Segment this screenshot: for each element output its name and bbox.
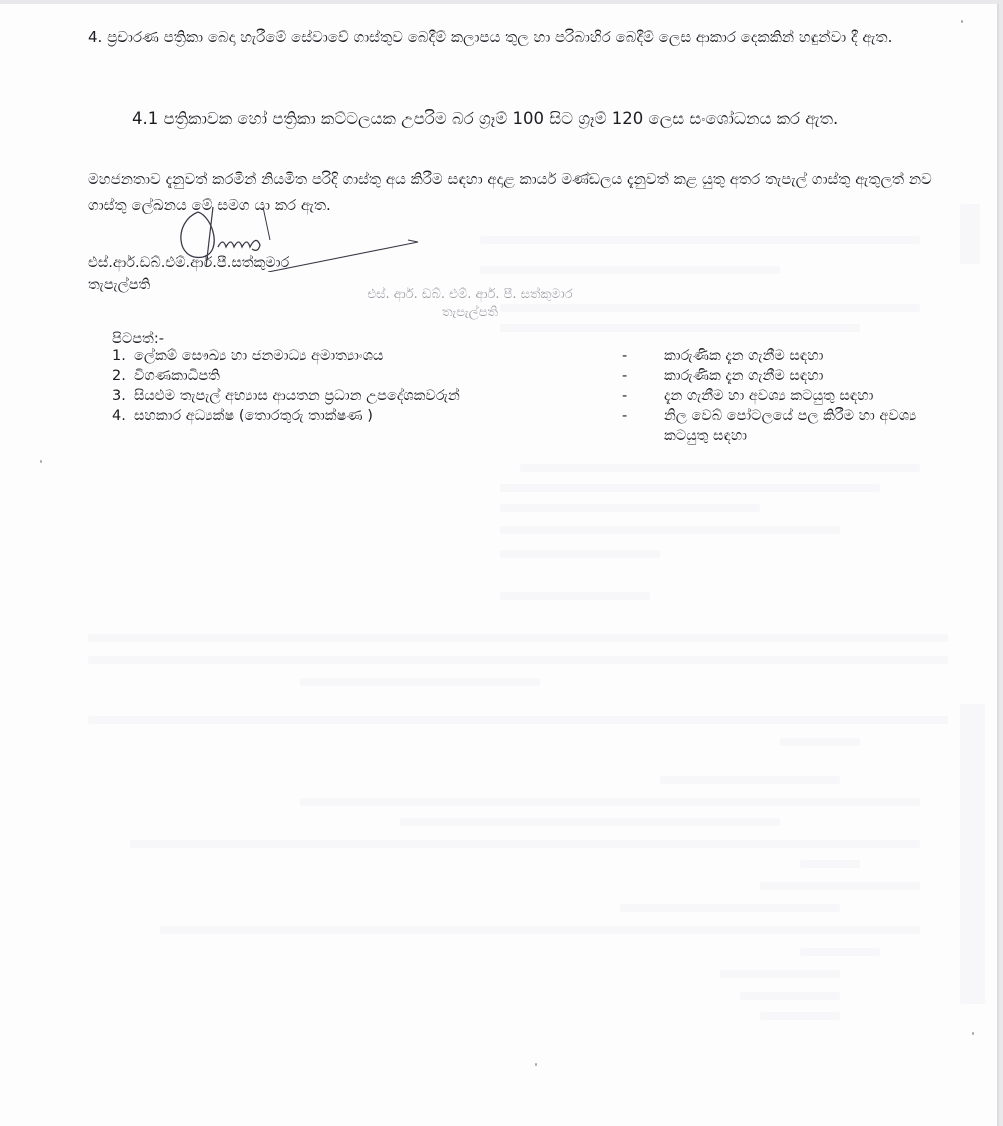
copy-purpose: කාරුණික දැන ගැනීම සඳහා — [664, 346, 964, 366]
paragraph-4-1: 4.1 පත්‍රිකාවක හෝ පත්‍රිකා කට්ටලයක උපරිම… — [132, 106, 992, 132]
official-stamp: එස්. ආර්. ඩබ්. එම්. ආර්. පී. සත්කුමාර තැ… — [305, 286, 635, 322]
stamp-name: එස්. ආර්. ඩබ්. එම්. ආර්. පී. සත්කුමාර — [305, 286, 635, 304]
signer-block: එස්.ආර්.ඩබ්.එම්.ආර්.පී.සත්කුමාර තැපැල්පත… — [88, 252, 289, 296]
copy-dash: - — [622, 346, 664, 366]
scanned-page: 4. ප්‍රචාරණ පත්‍රිකා බෙදා හැරීමේ සේවාවේ … — [0, 4, 999, 1126]
copy-item: 1. ලේකම් සෞඛ්‍ය හා ජනමාධ්‍ය අමාත්‍යාංශය … — [112, 346, 972, 366]
copy-number: 3. — [112, 386, 134, 406]
signer-name: එස්.ආර්.ඩබ්.එම්.ආර්.පී.සත්කුමාර — [88, 252, 289, 274]
paragraph-4: 4. ප්‍රචාරණ පත්‍රිකා බෙදා හැරීමේ සේවාවේ … — [88, 24, 948, 50]
copy-recipient: සියළුම තැපැල් අභ්‍යාස ආයතන ප්‍රධාන උපදේශ… — [134, 386, 622, 406]
stamp-title: තැපැල්පති — [305, 304, 635, 322]
copy-recipient: සහකාර අධ්‍යක්ෂ (තොරතුරු තාක්ෂණ ) — [134, 406, 622, 446]
copy-item: 2. විගණකාධිපති - කාරුණික දැන ගැනීම සඳහා — [112, 366, 972, 386]
copy-dash: - — [622, 406, 664, 446]
copy-number: 1. — [112, 346, 134, 366]
copy-number: 4. — [112, 406, 134, 446]
copy-recipient: විගණකාධිපති — [134, 366, 622, 386]
copies-list: 1. ලේකම් සෞඛ්‍ය හා ජනමාධ්‍ය අමාත්‍යාංශය … — [112, 346, 972, 446]
signer-title: තැපැල්පති — [88, 274, 289, 296]
copy-purpose: කාරුණික දැන ගැනීම සඳහා — [664, 366, 964, 386]
copy-dash: - — [622, 386, 664, 406]
copy-number: 2. — [112, 366, 134, 386]
copy-purpose: නිල වෙබ් පෝටලයේ පල කිරීම හා අවශ්‍ය කටයුත… — [664, 406, 964, 446]
copy-item: 3. සියළුම තැපැල් අභ්‍යාස ආයතන ප්‍රධාන උප… — [112, 386, 972, 406]
copy-recipient: ලේකම් සෞඛ්‍ය හා ජනමාධ්‍ය අමාත්‍යාංශය — [134, 346, 622, 366]
copy-item: 4. සහකාර අධ්‍යක්ෂ (තොරතුරු තාක්ෂණ ) - නි… — [112, 406, 972, 446]
copy-purpose: දැන ගැනීම හා අවශ්‍ය කටයුතු සඳහා — [664, 386, 964, 406]
copy-dash: - — [622, 366, 664, 386]
